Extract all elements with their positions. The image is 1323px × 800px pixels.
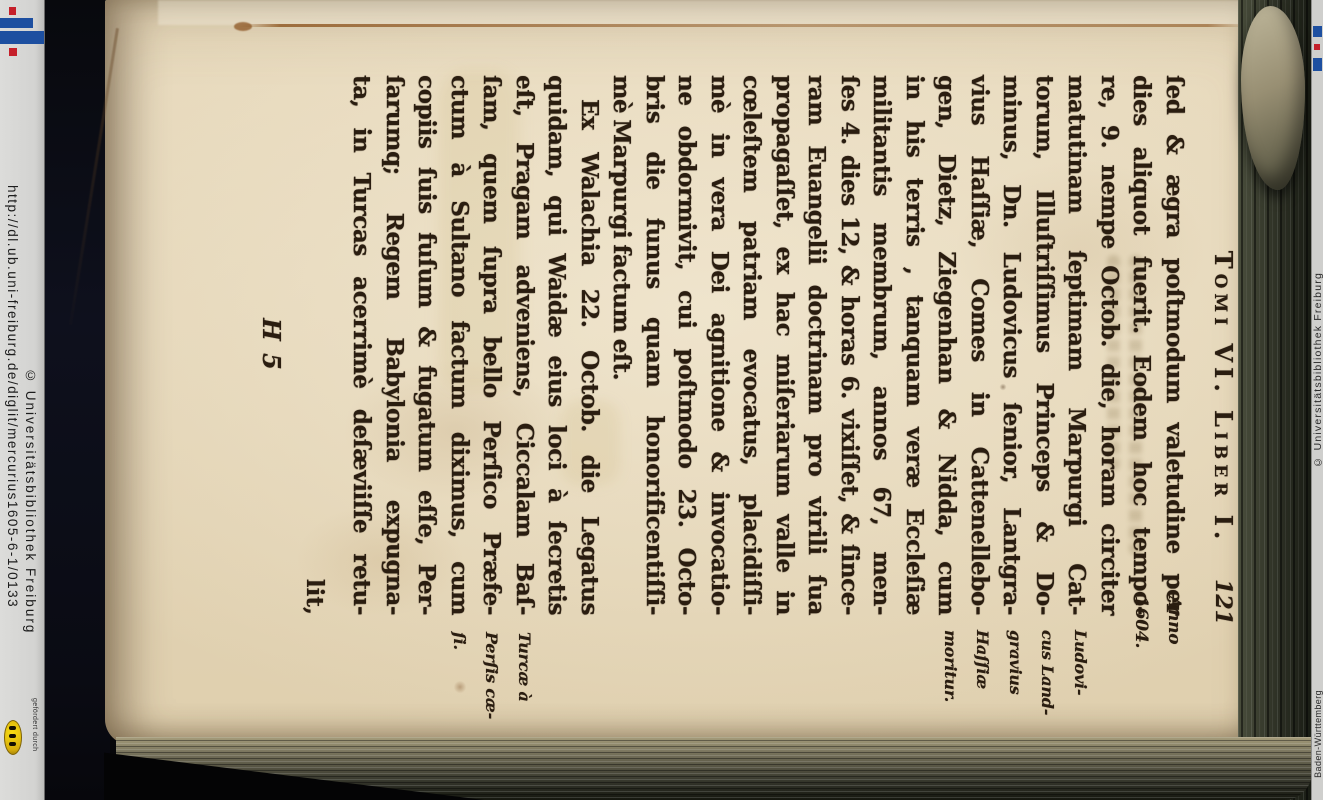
text-line: vius Haſſiæ, Comes in Cattenellebo- (963, 75, 996, 615)
text-line: ta, in Turcas acerrimè deſæviiſſe retu- (345, 75, 378, 615)
body-text: ſed & ægra poſtmodum valetudine per dies… (345, 75, 1190, 615)
text-line: ſam, quem ſupra bello Perſico Præfe- (475, 75, 508, 615)
spine-shadow (44, 0, 110, 800)
mini-ub-logo-icon (1313, 26, 1322, 37)
text-line: ſes 4. dies 12, & horas 6. vixiſſet, & ſ… (833, 75, 866, 615)
digitized-book-scan-viewer: Tomi VI. Liber I. 121 ſed & ægra poſtmod… (0, 0, 1323, 800)
text-line: re, 9. nempe Octob. die, horam circiter (1093, 75, 1126, 615)
catchword: lit, (301, 75, 328, 615)
page-number: 121 (1210, 579, 1236, 625)
margin-note-turcae: Turcæ à Perſis cæ- ſi. (443, 632, 541, 719)
text-line: eſt, Pragam adveniens, Ciccalam Baſ- (508, 75, 541, 615)
text-line: propagaſſet, ex hac miſeriarum valle in (768, 75, 801, 615)
margin-note-year: Anno 1604. (1125, 596, 1190, 648)
page-text-area: Tomi VI. Liber I. 121 ſed & ægra poſtmod… (110, 0, 1256, 745)
bw-coat-of-arms-logo-icon (4, 720, 22, 755)
source-url: http://dl.ub.uni-freiburg.de/diglit/merc… (4, 185, 20, 608)
text-line: minus, Dn. Ludovicus ſenior, Lantgra- (995, 75, 1028, 615)
gathering-signature: H 5 (257, 75, 286, 615)
mini-ub-logo-icon (1313, 58, 1322, 71)
margin-note-ludovicus: Ludovi- cus Land- gravius Haſſiæ moritur… (934, 630, 1097, 715)
header-title: Tomi VI. Liber I. (1209, 75, 1238, 615)
text-line: gen, Dietz, Ziegenhan & Nidda, cum (930, 75, 963, 615)
right-metadata-strip: © Universitätsbibliothek Freiburg Baden-… (1311, 0, 1323, 800)
text-line: militantis membrum, annos 67, men- (865, 75, 898, 615)
text-line: in his terris , tanquam veræ Eccleſiæ (898, 75, 931, 615)
text-line: mè in vera Dei agnitione & invocatio- (703, 75, 736, 615)
text-line: quidam, qui Waidæ eius loci à ſecretis (540, 75, 573, 615)
text-line: bris die funus quam honorificentiſſi- (638, 75, 671, 615)
text-line: dies aliquot fuerit. Eodem hoc tempo- (1125, 75, 1158, 615)
text-line: ſarumq; Regem Babylonia expugna- (378, 75, 411, 615)
ub-freiburg-logo-icon (0, 6, 44, 64)
region-label: Baden-Württemberg (1313, 690, 1323, 778)
rotated-page-content: Tomi VI. Liber I. 121 ſed & ægra poſtmod… (110, 0, 1256, 745)
text-line: ne obdormivit, cui poſtmodo 23. Octo- (670, 75, 703, 615)
text-line: torum, Illuſtriſſimus Princeps & Do- (1028, 75, 1061, 615)
copyright-label: © Universitätsbibliothek Freiburg (22, 368, 38, 634)
text-line: Ex Walachia 22. Octob. die Legatus (573, 75, 606, 615)
text-line: ram Euangelii doctrinam pro virili ſua (800, 75, 833, 615)
copyright-label: © Universitätsbibliothek Freiburg (1312, 272, 1323, 468)
left-metadata-strip: http://dl.ub.uni-freiburg.de/diglit/merc… (0, 0, 45, 800)
running-header: Tomi VI. Liber I. 121 (1202, 75, 1238, 615)
funding-label: gefördert durch (26, 698, 38, 751)
text-line: matutinam ſeptimam Marpurgi Cat- (1060, 75, 1093, 615)
text-line: ctum à Sultano factum diximus, cum (443, 75, 476, 615)
text-line: ſed & ægra poſtmodum valetudine per (1158, 75, 1191, 615)
text-line: copiis ſuis fuſum & fugatum eſſe, Per- (410, 75, 443, 615)
mini-ub-logo-icon (1314, 44, 1320, 50)
text-line: cœleſtem patriam evocatus, placidiſſi- (735, 75, 768, 615)
text-line: mè Marpurgi factum eſt. (605, 75, 638, 615)
